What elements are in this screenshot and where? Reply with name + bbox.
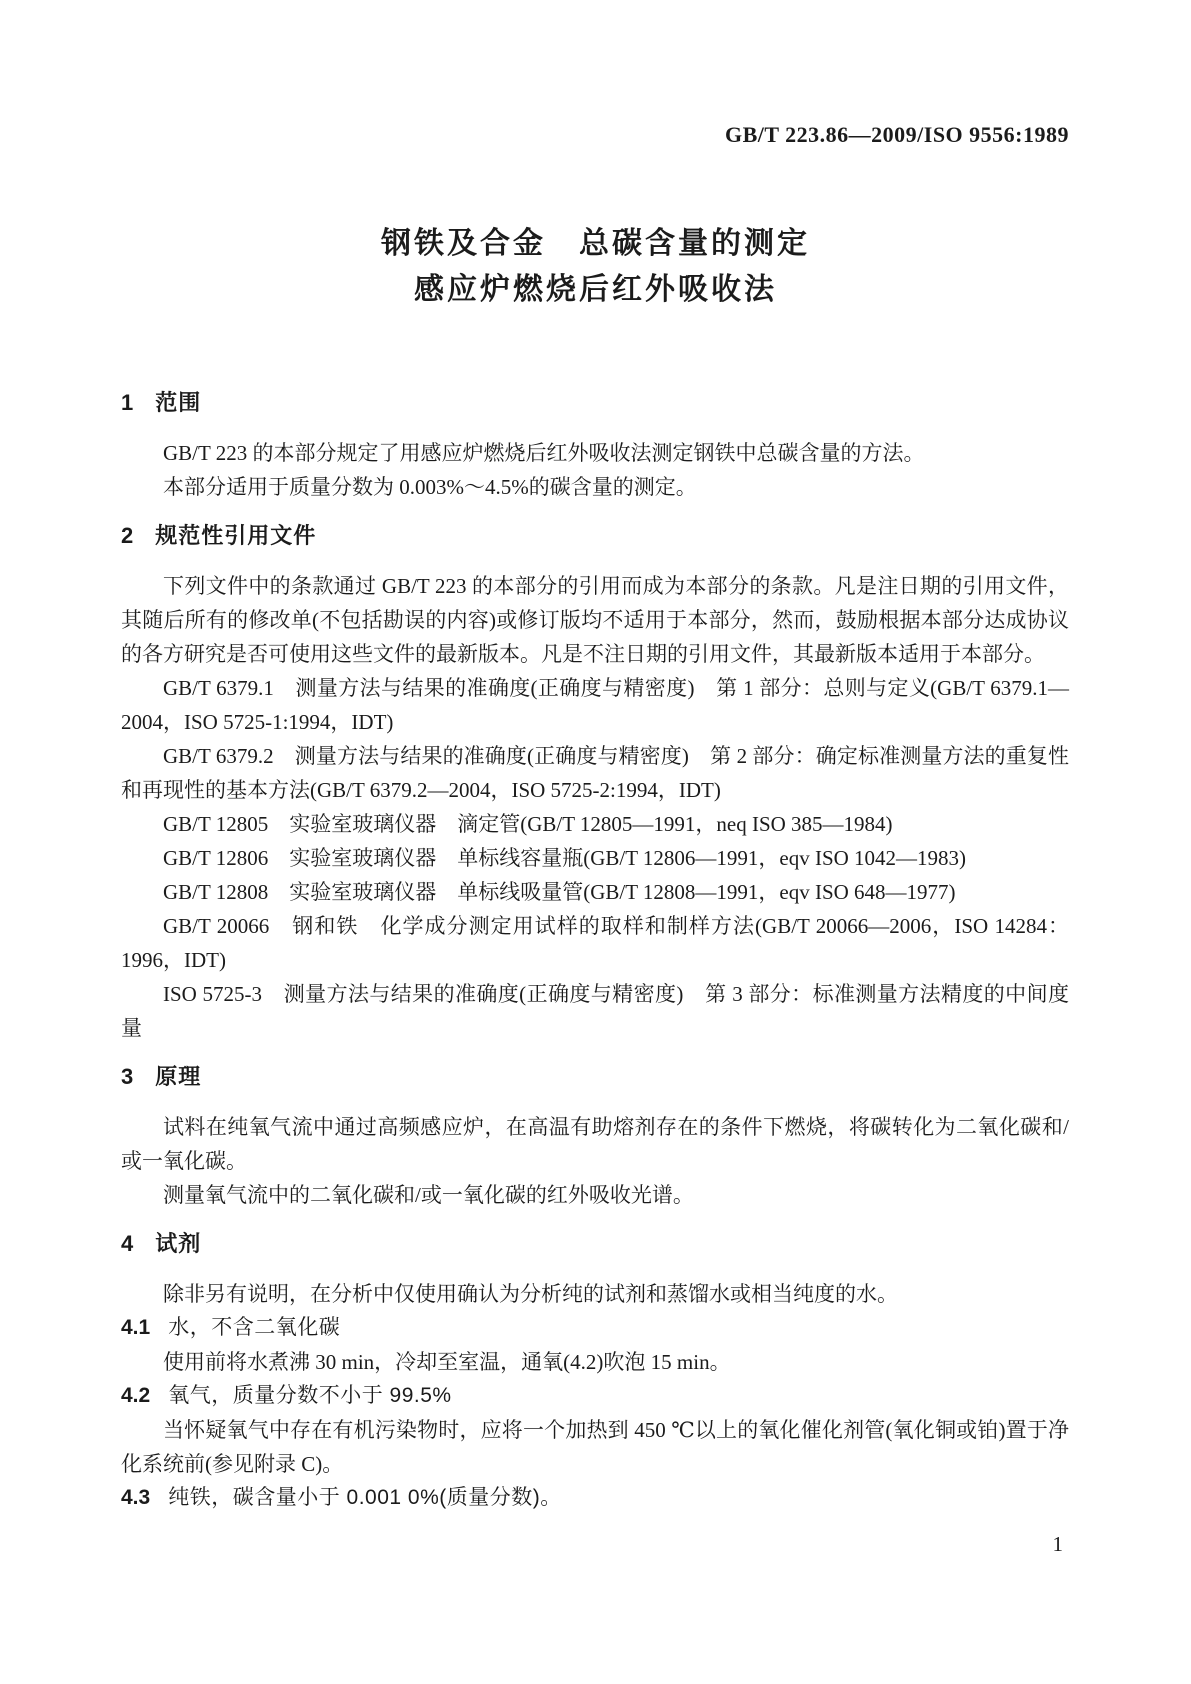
reference-gbt-12808: GB/T 12808 实验室玻璃仪器 单标线吸量管(GB/T 12808—199… xyxy=(121,875,1069,909)
document-page: GB/T 223.86—2009/ISO 9556:1989 钢铁及合金 总碳含… xyxy=(0,0,1191,1684)
clause-4-1-title: 水，不含二氧化碳 xyxy=(168,1316,340,1339)
clause-4-1-heading: 4.1水，不含二氧化碳 xyxy=(121,1311,1069,1345)
reference-gbt-6379-1: GB/T 6379.1 测量方法与结果的准确度(正确度与精密度) 第 1 部分：… xyxy=(121,671,1069,739)
clause-4-2-heading: 4.2氧气，质量分数不小于 99.5% xyxy=(121,1379,1069,1413)
section-3-heading: 3原理 xyxy=(121,1060,1069,1094)
reference-iso-5725-3: ISO 5725-3 测量方法与结果的准确度(正确度与精密度) 第 3 部分：标… xyxy=(121,977,1069,1045)
scope-paragraph-1: GB/T 223 的本部分规定了用感应炉燃烧后红外吸收法测定钢铁中总碳含量的方法… xyxy=(121,436,1069,470)
clause-4-1-number: 4.1 xyxy=(121,1316,150,1339)
clause-4-3-heading: 4.3纯铁，碳含量小于 0.001 0%(质量分数)。 xyxy=(121,1481,1069,1515)
clause-4-2-title: 氧气，质量分数不小于 99.5% xyxy=(168,1384,451,1407)
section-2-number: 2 xyxy=(121,523,133,548)
document-title-line-2: 感应炉燃烧后红外吸收法 xyxy=(0,267,1191,313)
principle-paragraph-2: 测量氧气流中的二氧化碳和/或一氧化碳的红外吸收光谱。 xyxy=(121,1178,1069,1212)
section-3-title: 原理 xyxy=(155,1064,201,1089)
document-title-line-1: 钢铁及合金 总碳含量的测定 xyxy=(0,221,1191,267)
section-4-number: 4 xyxy=(121,1231,133,1256)
section-1-title: 范围 xyxy=(155,390,201,415)
clause-4-1-paragraph: 使用前将水煮沸 30 min，冷却至室温，通氧(4.2)吹泡 15 min。 xyxy=(121,1345,1069,1379)
clause-4-2-number: 4.2 xyxy=(121,1384,150,1407)
reference-gbt-6379-2: GB/T 6379.2 测量方法与结果的准确度(正确度与精密度) 第 2 部分：… xyxy=(121,739,1069,807)
scope-paragraph-2: 本部分适用于质量分数为 0.003%～4.5%的碳含量的测定。 xyxy=(121,470,1069,504)
section-1-number: 1 xyxy=(121,390,133,415)
clause-4-3-number: 4.3 xyxy=(121,1486,150,1509)
reference-gbt-12805: GB/T 12805 实验室玻璃仪器 滴定管(GB/T 12805—1991，n… xyxy=(121,807,1069,841)
section-3-number: 3 xyxy=(121,1064,133,1089)
section-4-title: 试剂 xyxy=(155,1231,201,1256)
normative-references-intro: 下列文件中的条款通过 GB/T 223 的本部分的引用而成为本部分的条款。凡是注… xyxy=(121,569,1069,671)
section-1-heading: 1范围 xyxy=(121,386,1069,420)
clause-4-2-paragraph: 当怀疑氧气中存在有机污染物时，应将一个加热到 450 ℃以上的氧化催化剂管(氧化… xyxy=(121,1413,1069,1481)
reference-gbt-12806: GB/T 12806 实验室玻璃仪器 单标线容量瓶(GB/T 12806—199… xyxy=(121,841,1069,875)
document-title: 钢铁及合金 总碳含量的测定 感应炉燃烧后红外吸收法 xyxy=(0,221,1191,313)
standard-code-header: GB/T 223.86—2009/ISO 9556:1989 xyxy=(725,122,1069,148)
section-4-heading: 4试剂 xyxy=(121,1227,1069,1261)
document-body: 1范围 GB/T 223 的本部分规定了用感应炉燃烧后红外吸收法测定钢铁中总碳含… xyxy=(121,386,1069,1515)
section-2-heading: 2规范性引用文件 xyxy=(121,519,1069,553)
reagents-intro: 除非另有说明，在分析中仅使用确认为分析纯的试剂和蒸馏水或相当纯度的水。 xyxy=(121,1277,1069,1311)
section-2-title: 规范性引用文件 xyxy=(155,523,316,548)
principle-paragraph-1: 试料在纯氧气流中通过高频感应炉，在高温有助熔剂存在的条件下燃烧，将碳转化为二氧化… xyxy=(121,1110,1069,1178)
clause-4-3-title: 纯铁，碳含量小于 0.001 0%(质量分数)。 xyxy=(168,1486,562,1509)
page-number: 1 xyxy=(1053,1532,1064,1557)
reference-gbt-20066: GB/T 20066 钢和铁 化学成分测定用试样的取样和制样方法(GB/T 20… xyxy=(121,909,1069,977)
